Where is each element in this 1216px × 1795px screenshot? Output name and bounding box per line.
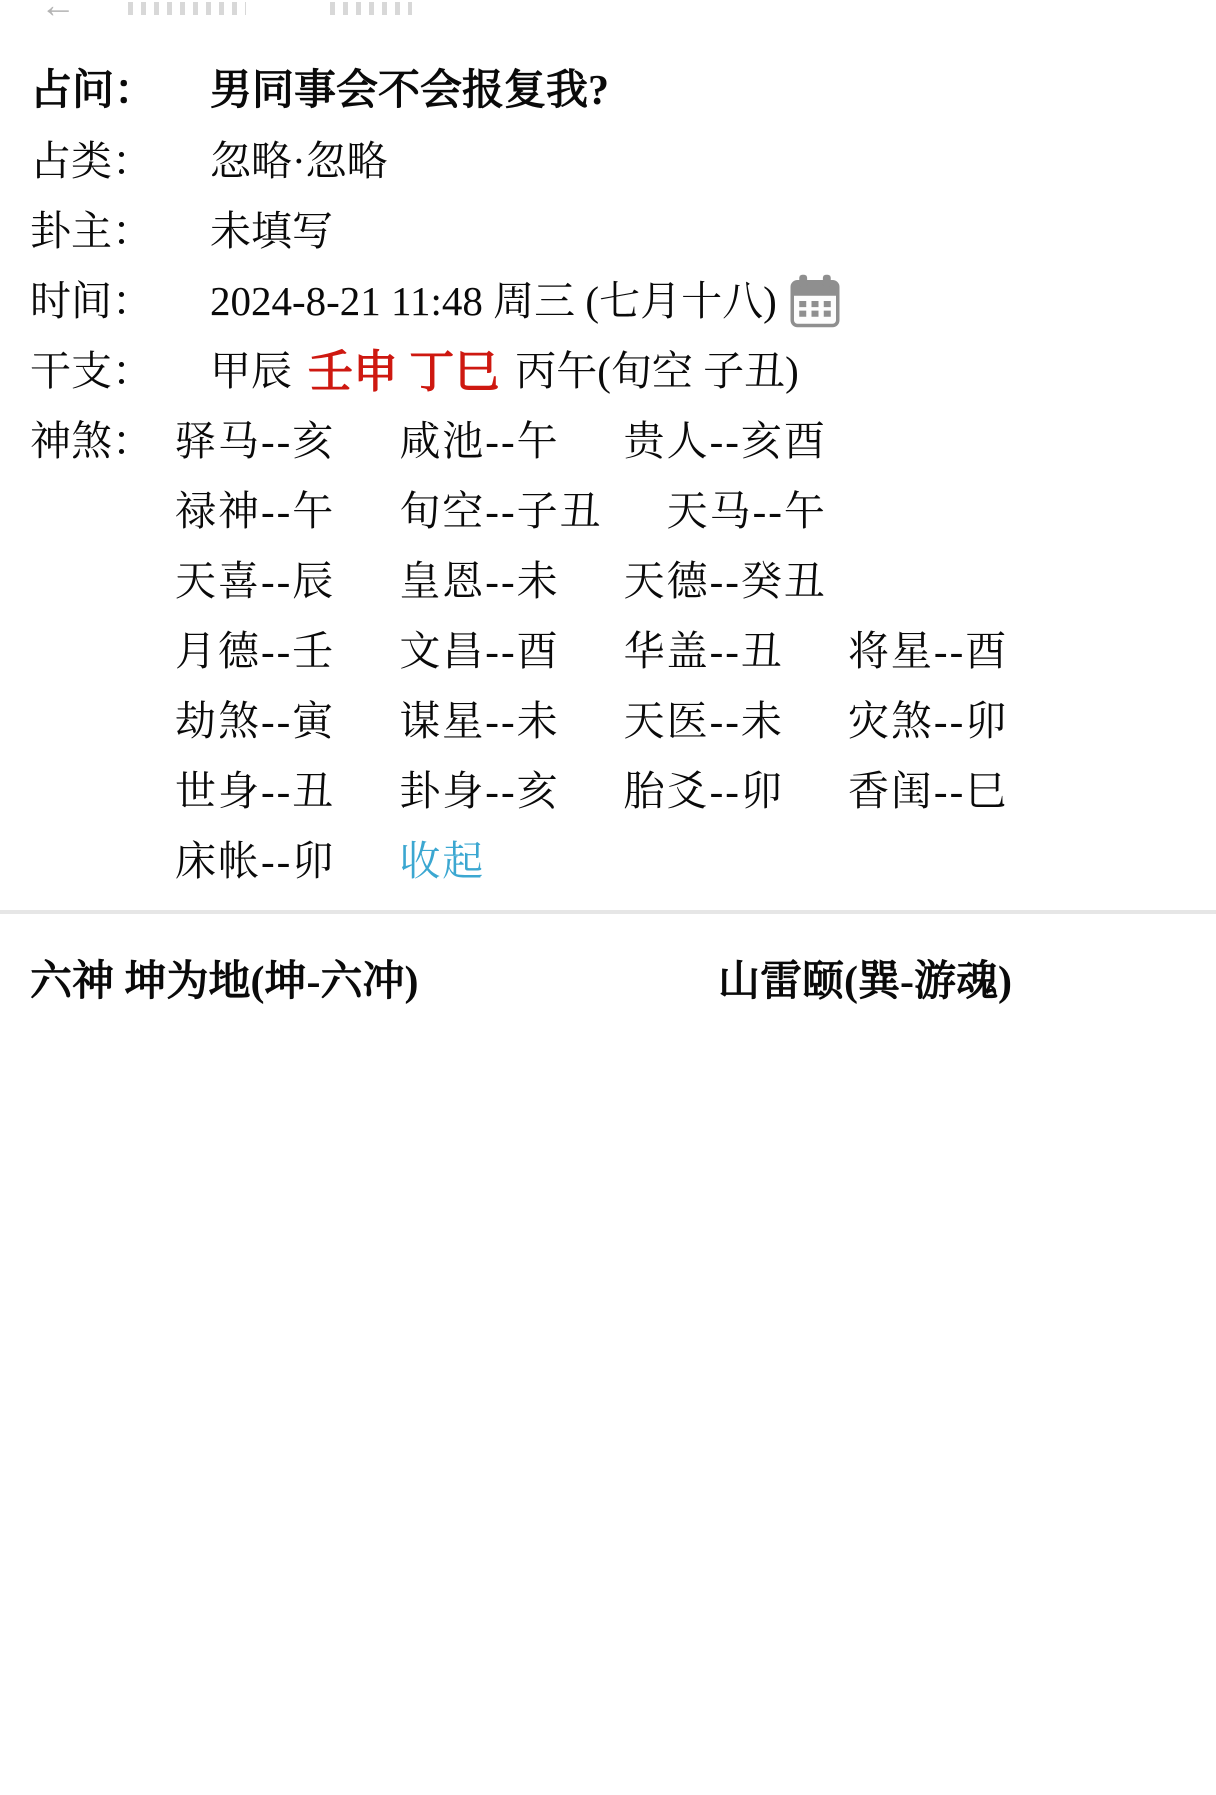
shensha-item: 贵人--亥酉 bbox=[624, 408, 827, 467]
shensha-item: 华盖--丑 bbox=[624, 618, 784, 677]
changed-hexagram-title: 山雷颐(巽-游魂) bbox=[718, 948, 1012, 1008]
ganzhi-row: 干支： 甲辰 壬申 丁巳 丙午(旬空 子丑) bbox=[30, 332, 1206, 402]
shensha-item: 禄神--午 bbox=[175, 478, 335, 537]
back-icon[interactable]: ← bbox=[40, 0, 76, 22]
shensha-item: 驿马--亥 bbox=[175, 408, 335, 467]
shensha-line: 月德--壬文昌--酉华盖--丑将星--酉 bbox=[30, 612, 1206, 682]
shensha-item: 将星--酉 bbox=[848, 618, 1008, 677]
shensha-item: 旬空--子丑 bbox=[399, 478, 602, 537]
guazhu-row: 卦主： 未填写 bbox=[30, 192, 1206, 262]
statusbar-text-remnant bbox=[128, 2, 246, 15]
calendar-icon[interactable] bbox=[787, 273, 843, 329]
shensha-item: 床帐--卯 bbox=[175, 828, 335, 887]
shensha-line: 神煞：驿马--亥咸池--午贵人--亥酉 bbox=[30, 402, 1206, 472]
statusbar-remnant: ← bbox=[0, 0, 1216, 22]
cast-info-block: 占问： 男同事会不会报复我? 占类： 忽略·忽略 卦主： 未填写 时间： 202… bbox=[30, 52, 1206, 892]
question-row: 占问： 男同事会不会报复我? bbox=[30, 52, 1206, 122]
shensha-line: 天喜--辰皇恩--未天德--癸丑 bbox=[30, 542, 1206, 612]
shensha-line: 禄神--午旬空--子丑天马--午 bbox=[30, 472, 1206, 542]
ganzhi-label: 干支： bbox=[30, 338, 210, 397]
category-value: 忽略·忽略 bbox=[210, 128, 388, 187]
section-divider bbox=[0, 910, 1216, 914]
shensha-item: 天医--未 bbox=[624, 688, 784, 747]
question-value: 男同事会不会报复我? bbox=[210, 57, 609, 117]
shensha-line: 床帐--卯收起 bbox=[30, 822, 1206, 892]
shensha-item: 香闺--巳 bbox=[848, 758, 1008, 817]
shensha-line: 世身--丑卦身--亥胎爻--卯香闺--巳 bbox=[30, 752, 1206, 822]
time-label: 时间： bbox=[30, 268, 210, 327]
shensha-item: 天喜--辰 bbox=[175, 548, 335, 607]
shensha-item: 皇恩--未 bbox=[399, 548, 559, 607]
shensha-item: 世身--丑 bbox=[175, 758, 335, 817]
time-value: 2024-8-21 11:48 周三 (七月十八) bbox=[210, 268, 843, 327]
question-label: 占问： bbox=[30, 57, 210, 117]
shensha-item: 卦身--亥 bbox=[399, 758, 559, 817]
shensha-item: 劫煞--寅 bbox=[175, 688, 335, 747]
main-hexagram-title: 六神 坤为地(坤-六冲) bbox=[30, 948, 418, 1008]
shensha-line: 劫煞--寅谋星--未天医--未灾煞--卯 bbox=[30, 682, 1206, 752]
shensha-item: 咸池--午 bbox=[399, 408, 559, 467]
ganzhi-year: 甲辰 bbox=[210, 338, 292, 397]
time-text: 2024-8-21 11:48 周三 (七月十八) bbox=[210, 268, 777, 327]
shensha-item: 文昌--酉 bbox=[399, 618, 559, 677]
time-row: 时间： 2024-8-21 11:48 周三 (七月十八) bbox=[30, 262, 1206, 332]
shensha-item: 天德--癸丑 bbox=[624, 548, 827, 607]
collapse-shensha-link[interactable]: 收起 bbox=[399, 828, 485, 887]
guazhu-value: 未填写 bbox=[210, 198, 333, 257]
shensha-item: 天马--午 bbox=[667, 478, 827, 537]
ganzhi-month-day-highlight: 壬申 丁巳 bbox=[308, 335, 499, 400]
shensha-item: 谋星--未 bbox=[399, 688, 559, 747]
shensha-item: 胎爻--卯 bbox=[624, 758, 784, 817]
ganzhi-rest: 丙午(旬空 子丑) bbox=[515, 338, 799, 397]
liuyao-paipan-page: ← 占问： 男同事会不会报复我? 占类： 忽略·忽略 卦主： 未填写 时间： 2… bbox=[0, 0, 1216, 1795]
shensha-label: 神煞： bbox=[30, 408, 175, 467]
category-row: 占类： 忽略·忽略 bbox=[30, 122, 1206, 192]
hexagram-rows bbox=[0, 1032, 1216, 1792]
guazhu-label: 卦主： bbox=[30, 198, 210, 257]
shensha-section: 神煞：驿马--亥咸池--午贵人--亥酉禄神--午旬空--子丑天马--午天喜--辰… bbox=[30, 402, 1206, 892]
statusbar-text-remnant bbox=[330, 2, 412, 15]
shensha-item: 灾煞--卯 bbox=[848, 688, 1008, 747]
shensha-item: 月德--壬 bbox=[175, 618, 335, 677]
category-label: 占类： bbox=[30, 128, 210, 187]
